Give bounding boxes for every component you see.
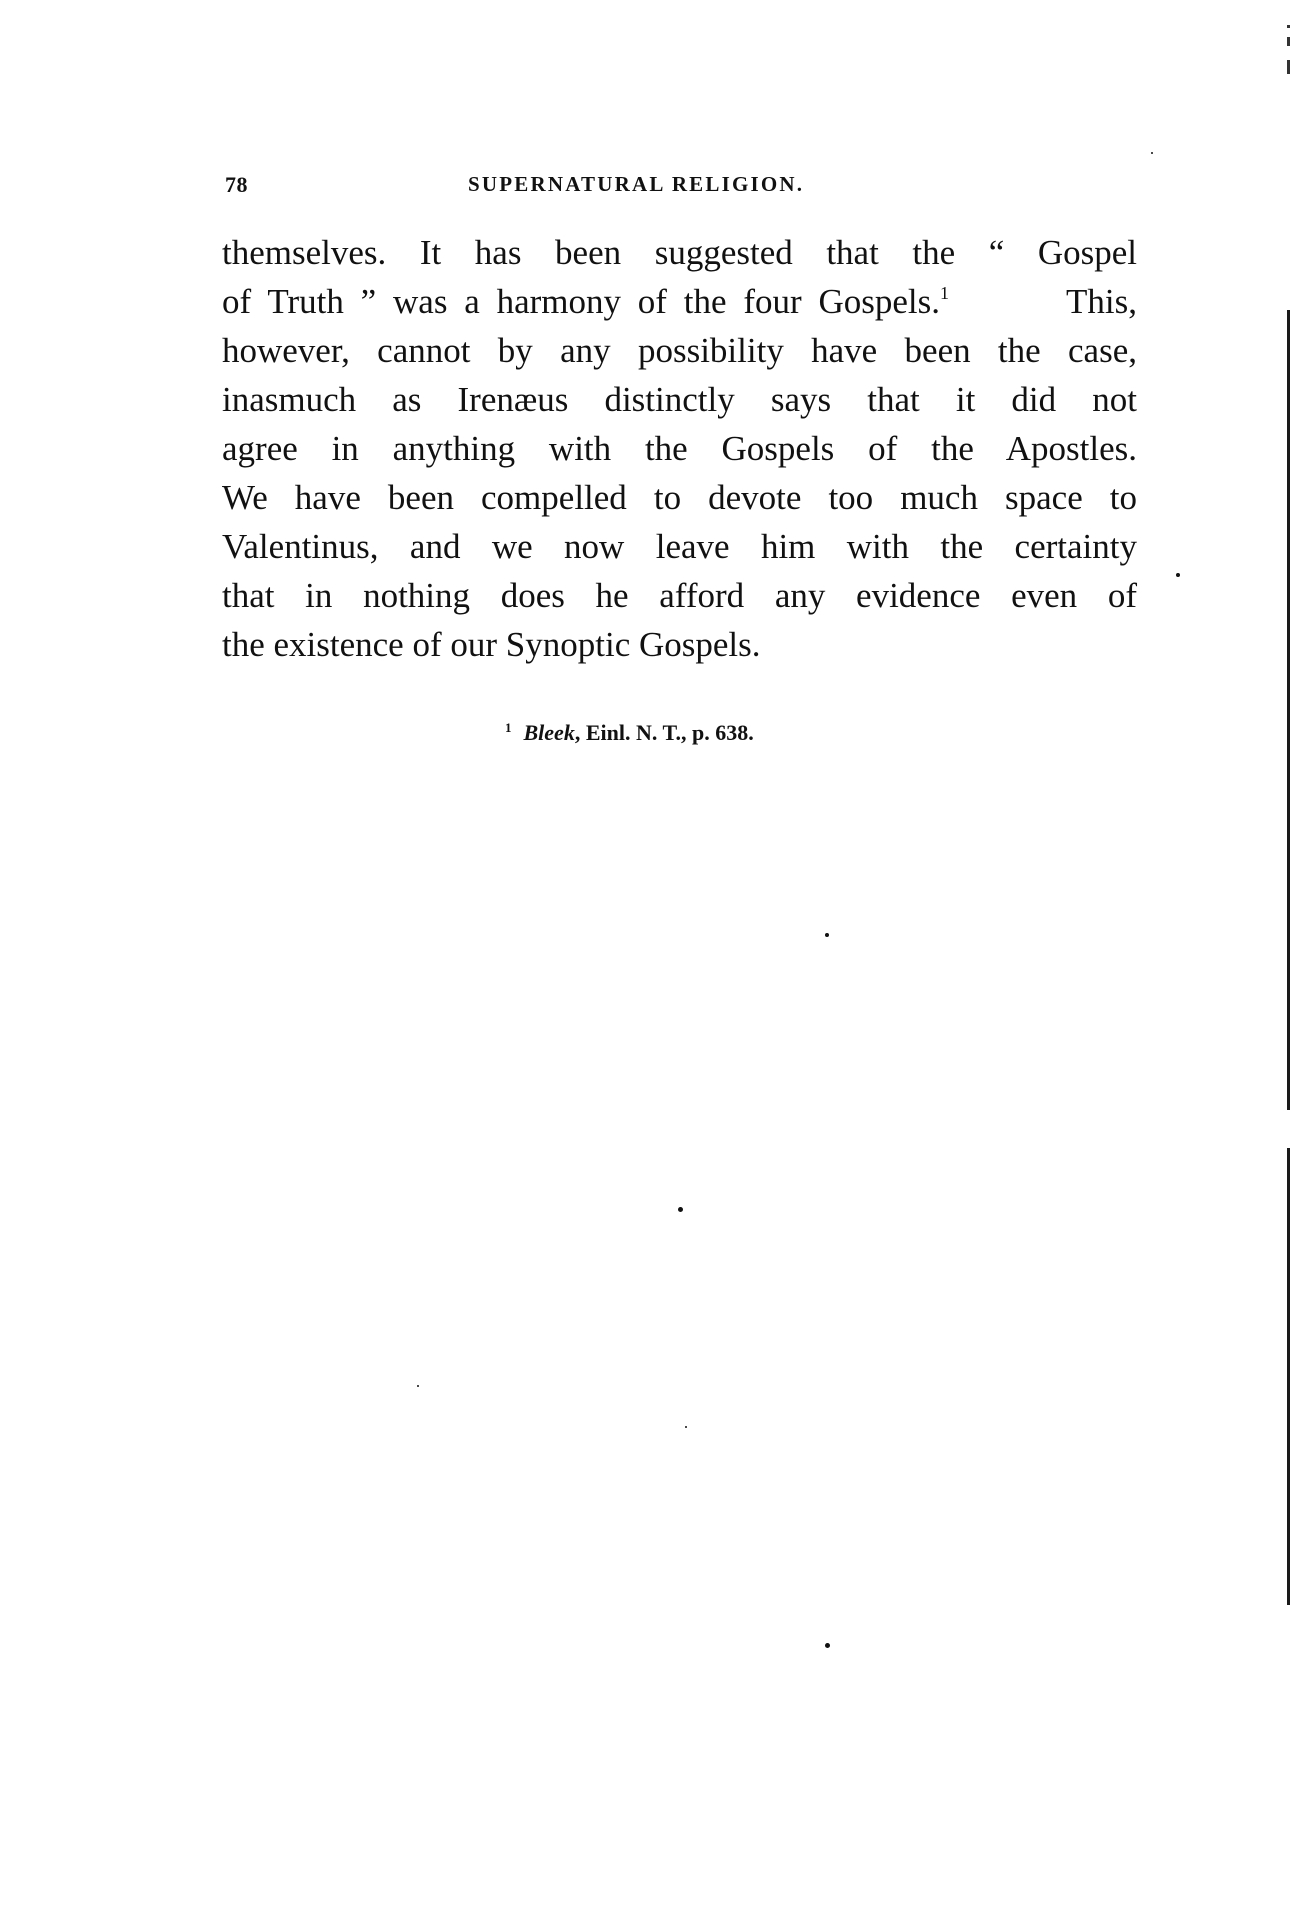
scan-edge-line bbox=[1287, 310, 1290, 1110]
scan-speck bbox=[1176, 573, 1180, 577]
text-line: however, cannot by any possibility have … bbox=[222, 326, 1137, 375]
footnote-marker: 1 bbox=[505, 720, 512, 735]
footnote-citation: , Einl. N. T., p. 638. bbox=[575, 720, 754, 745]
text-line: of Truth ” was a harmony of the four Gos… bbox=[222, 277, 1137, 326]
scan-speck bbox=[825, 933, 829, 937]
running-head: 78 SUPERNATURAL RELIGION. bbox=[225, 172, 1137, 202]
scan-edge-line bbox=[1287, 25, 1290, 28]
text-line: inasmuch as Irenæus distinctly says that… bbox=[222, 375, 1137, 424]
text-line: themselves. It has been suggested that t… bbox=[222, 228, 1137, 277]
text-fragment: of Truth ” was a harmony of the four Gos… bbox=[222, 282, 940, 321]
scan-edge-line bbox=[1287, 60, 1290, 74]
scan-speck bbox=[417, 1385, 419, 1387]
scan-speck bbox=[678, 1207, 683, 1212]
footnote-reference[interactable]: 1 bbox=[940, 283, 949, 303]
text-line: the existence of our Synoptic Gospels. bbox=[222, 620, 1137, 669]
text-line: that in nothing does he afford any evide… bbox=[222, 571, 1137, 620]
scan-speck bbox=[685, 1426, 687, 1428]
footnote: 1Bleek, Einl. N. T., p. 638. bbox=[505, 720, 754, 746]
body-text: themselves. It has been suggested that t… bbox=[222, 228, 1137, 669]
text-line: Valentinus, and we now leave him with th… bbox=[222, 522, 1137, 571]
text-line: agree in anything with the Gospels of th… bbox=[222, 424, 1137, 473]
scan-edge-line bbox=[1287, 37, 1290, 46]
scan-speck bbox=[1151, 152, 1153, 154]
page-number: 78 bbox=[225, 172, 248, 198]
footnote-author: Bleek bbox=[524, 720, 575, 745]
scan-speck bbox=[825, 1643, 830, 1648]
running-title: SUPERNATURAL RELIGION. bbox=[468, 172, 804, 197]
scan-edge-line bbox=[1287, 1148, 1290, 1605]
text-fragment: This, bbox=[1066, 282, 1137, 321]
text-line: We have been compelled to devote too muc… bbox=[222, 473, 1137, 522]
